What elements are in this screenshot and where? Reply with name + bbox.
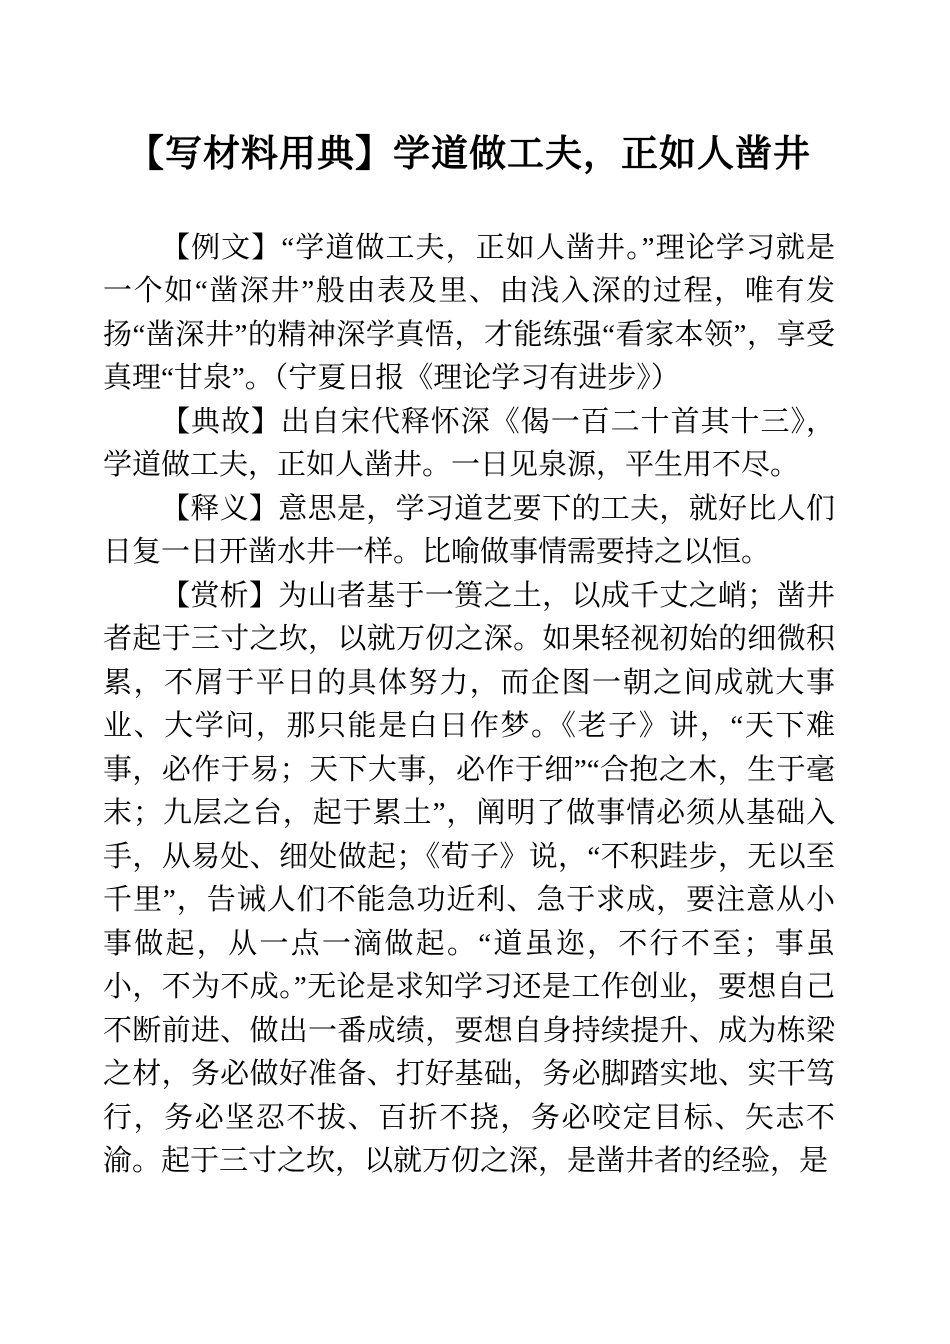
page-title: 【写材料用典】学道做工夫，正如人凿井 — [103, 130, 835, 180]
document-body: 【例文】“学道做工夫，正如人凿井。”理论学习就是一个如“凿深井”般由表及里、由浅… — [103, 227, 835, 1184]
paragraph-shangxi: 【赏析】为山者基于一篑之土，以成千丈之峭；凿井者起于三寸之坎，以就万仞之深。如果… — [103, 575, 835, 1184]
document-page: 【写材料用典】学道做工夫，正如人凿井 【例文】“学道做工夫，正如人凿井。”理论学… — [0, 0, 950, 1344]
paragraph-diangu: 【典故】出自宋代释怀深《偈一百二十首其十三》，学道做工夫，正如人凿井。一日见泉源… — [103, 401, 835, 488]
paragraph-liwen: 【例文】“学道做工夫，正如人凿井。”理论学习就是一个如“凿深井”般由表及里、由浅… — [103, 227, 835, 401]
paragraph-shiyi: 【释义】意思是，学习道艺要下的工夫，就好比人们日复一日开凿水井一样。比喻做事情需… — [103, 488, 835, 575]
